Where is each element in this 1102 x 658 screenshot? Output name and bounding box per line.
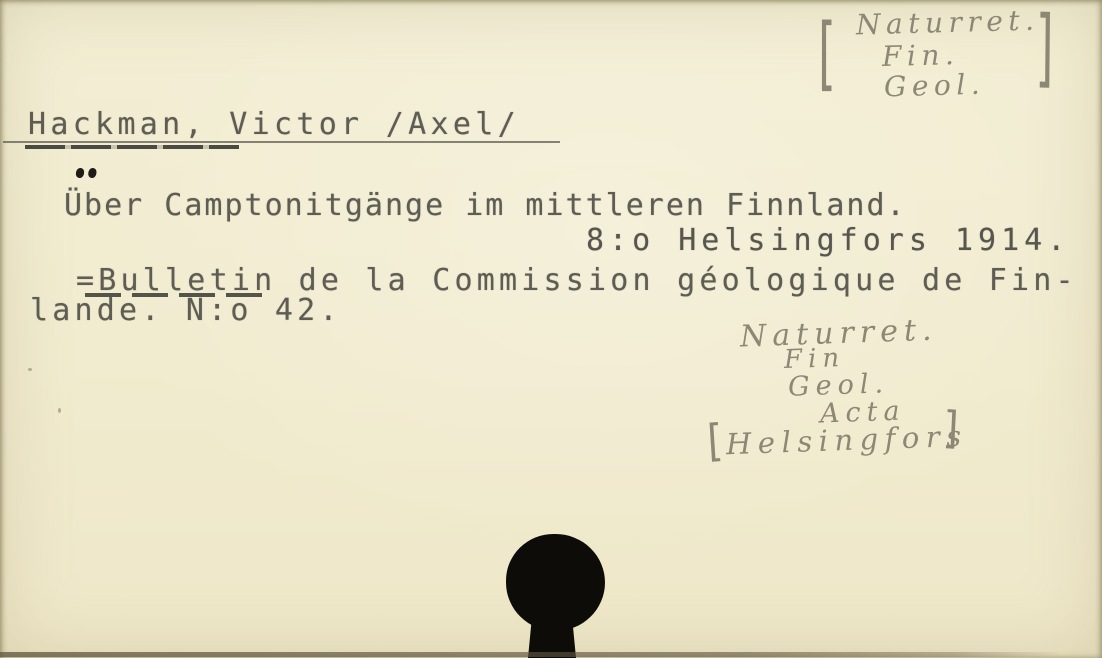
umlaut-overstrike-mark <box>75 167 85 179</box>
catalog-card: [ Naturret. Fin. Geol. ] Hackman, Victor… <box>0 0 1102 658</box>
author-surname: Hackman <box>28 107 185 142</box>
series-continuation-line: lande. N:o 42. <box>30 296 342 326</box>
punch-hole-stem <box>528 608 576 658</box>
heading-underline <box>3 141 560 143</box>
annotation-line: Fin <box>784 345 846 373</box>
paper-speck <box>28 368 32 371</box>
series-line: =Bulletin de la Commission géologique de… <box>76 266 1078 296</box>
series-rest: de la Commission géologique de Fin- <box>276 263 1077 298</box>
annotation-line: Geol. <box>884 71 986 102</box>
annotation-open-bracket: [ <box>818 12 836 93</box>
paper-speck <box>58 408 61 413</box>
annotation-open-bracket: [ <box>706 419 724 464</box>
annotation-line: Fin. <box>882 41 960 71</box>
annotation-close-bracket: ] <box>942 406 960 451</box>
card-bottom-edge <box>0 652 1060 657</box>
author-heading: Hackman, Victor /Axel/ <box>28 110 520 140</box>
author-forenames: , Victor /Axel/ <box>185 107 520 142</box>
surname-underline <box>25 145 239 149</box>
title-line: Über Camptonitgänge im mittleren Finnlan… <box>64 191 907 221</box>
annotation-line: Helsingfors <box>726 422 968 459</box>
imprint-line: 8:o Helsingfors 1914. <box>586 226 1070 256</box>
annotation-line: Naturret. <box>856 7 1040 40</box>
annotation-close-bracket: ] <box>1035 4 1054 90</box>
